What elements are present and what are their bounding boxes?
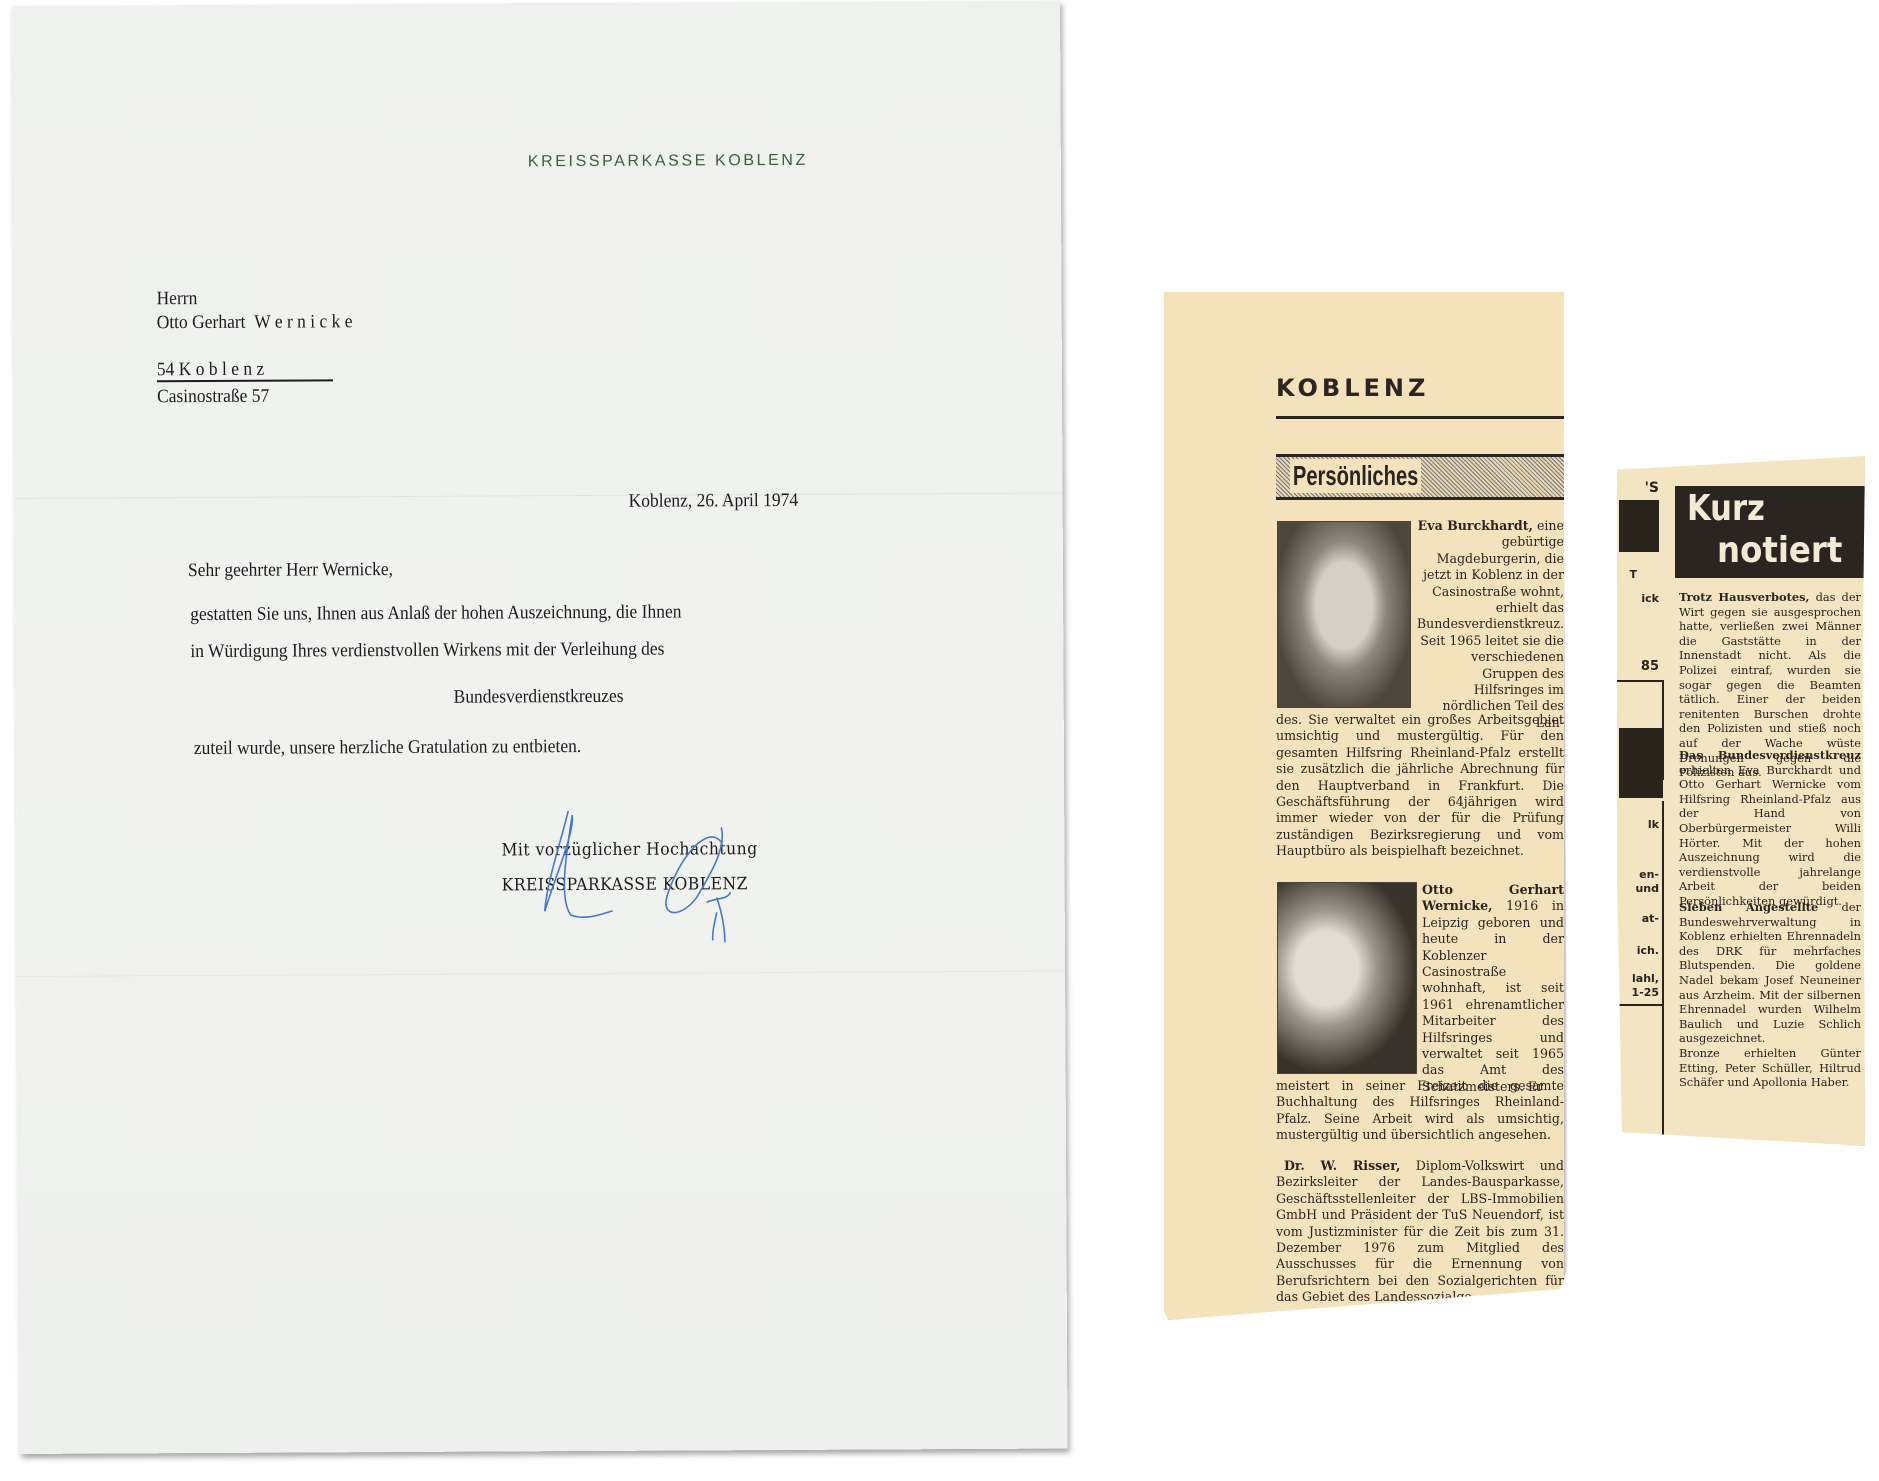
neighbor-logo-fragment [1619, 500, 1659, 552]
newspaper-clipping-persoenliches: KOBLENZ Persönliches Eva Burckhardt, ein… [1164, 292, 1564, 1320]
news-item-bundesverdienstkreuz: Das Bundesverdienstkreuz erhielten Eva B… [1679, 748, 1861, 909]
neighbor-rule [1617, 680, 1662, 682]
neighbor-fragment: ich. [1609, 944, 1659, 957]
article-text: eine gebürtige Magdeburgerin, die jetzt … [1417, 518, 1564, 730]
neighbor-fragment: und [1609, 882, 1659, 895]
heading-line: Kurz [1687, 488, 1765, 530]
body-line: in Würdigung Ihres verdienstvollen Wirke… [190, 639, 664, 663]
article-risser: Dr. W. Risser, Diplom-Volkswirt und Bezi… [1276, 1158, 1564, 1306]
item-lead: Sieben Angestellte [1679, 900, 1818, 914]
neighbor-fragment: en- [1609, 868, 1659, 881]
article-text: 1916 in Leipzig geboren und heute in der… [1422, 898, 1564, 1093]
letterhead: KREISSPARKASSE KOBLENZ [528, 152, 808, 171]
item-text: erhielten Eva Burckhardt und Otto Gerhar… [1679, 763, 1861, 908]
recipient-street: Casinostraße 57 [157, 386, 269, 409]
portrait-photo [1277, 882, 1417, 1074]
neighbor-fragment: ick [1609, 592, 1659, 605]
item-text: der Bundeswehrverwaltung in Koblenz erhi… [1679, 900, 1861, 1045]
address-underline [157, 379, 333, 382]
masthead: KOBLENZ [1276, 374, 1429, 402]
neighbor-fragment: T [1587, 568, 1637, 581]
neighbor-fragment: lahl, [1609, 972, 1659, 985]
neighbor-fragment: 'S [1609, 480, 1659, 496]
neighbor-rule [1617, 1004, 1662, 1006]
fold-line [17, 970, 1065, 976]
recipient-name: Otto Gerhart W e r n i c k e [157, 311, 353, 334]
portrait-photo [1277, 521, 1411, 708]
item-lead: Trotz Hausverbotes, [1679, 590, 1810, 604]
neighbor-fragment: 1-25 [1609, 986, 1659, 999]
article-lead: Eva Burckhardt, [1418, 518, 1533, 533]
newspaper-clipping-kurz-notiert: 'S T ick 85 lk en- und at- ich. lahl, 1-… [1617, 456, 1865, 1146]
neighbor-block-fragment [1619, 728, 1663, 798]
award-name: Bundesverdienstkreuzes [454, 686, 624, 709]
recipient-salutation: Herrn [156, 288, 197, 310]
article-lead: Dr. W. Risser, [1284, 1158, 1400, 1173]
section-bar: Persönliches [1276, 454, 1566, 500]
article-text: Diplom-Volkswirt und Bezirksleiter der L… [1276, 1158, 1564, 1304]
item-text: Bronze erhielten Günter Etting, Peter Sc… [1679, 1046, 1861, 1090]
item-lead: Das Bundesverdienstkreuz [1679, 748, 1861, 762]
closing: Mit vorzüglicher Hochachtung [501, 839, 757, 860]
news-item-ehrennadeln: Sieben Angestellte der Bundeswehrverwalt… [1679, 900, 1861, 1090]
section-title: Persönliches [1290, 459, 1421, 493]
body-line: gestatten Sie uns, Ihnen aus Anlaß der h… [190, 602, 681, 627]
letter-sheet: KREISSPARKASSE KOBLENZ Herrn Otto Gerhar… [12, 1, 1068, 1454]
neighbor-fragment: 85 [1609, 659, 1659, 674]
recipient-given-name: Otto Gerhart [157, 312, 246, 333]
article-eva-wrap: Eva Burckhardt, eine gebürtige Magdeburg… [1416, 518, 1564, 731]
date-line: Koblenz, 26. April 1974 [629, 490, 799, 513]
signatory: KREISSPARKASSE KOBLENZ [502, 874, 748, 895]
neighbor-fragment: at- [1609, 912, 1659, 925]
article-otto-wrap: Otto Gerhart Wernicke, 1916 in Leipzig g… [1422, 882, 1564, 1095]
kurz-notiert-heading: Kurz notiert [1675, 486, 1871, 578]
body-line: zuteil wurde, unsere herzliche Gratulati… [194, 736, 581, 760]
recipient-family-name: W e r n i c k e [254, 311, 352, 333]
neighbor-rule [1662, 801, 1664, 1191]
greeting: Sehr geehrter Herr Wernicke, [188, 559, 393, 582]
fold-line [15, 493, 1063, 499]
article-otto-body: meistert in seiner Freizeit die gesamte … [1276, 1078, 1564, 1144]
neighbor-fragment: lk [1609, 818, 1659, 831]
article-eva-body: des. Sie verwaltet ein großes Arbeitsgeb… [1276, 712, 1564, 860]
masthead-rule [1276, 416, 1564, 419]
heading-line: notiert [1717, 530, 1842, 572]
recipient-city: 54 K o b l e n z [157, 359, 264, 382]
